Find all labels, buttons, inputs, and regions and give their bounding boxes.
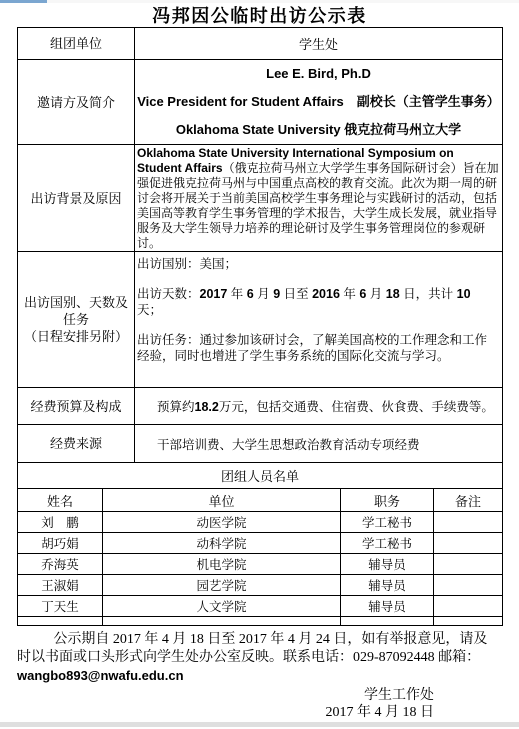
roster-title: 团组人员名单: [18, 463, 503, 489]
bottom-edge-strip: [0, 722, 519, 727]
budget-label: 经费预算及构成: [18, 388, 135, 425]
row-funding: 经费来源 干部培训费、大学生思想政治教育活动专项经费: [18, 425, 503, 463]
roster-header-name: 姓名: [18, 489, 103, 512]
member-duty: 辅导员: [341, 554, 434, 575]
contact-email: wangbo893@nwafu.edu.cn: [17, 667, 496, 684]
member-name: 乔海英: [18, 554, 103, 575]
funding-label: 经费来源: [18, 425, 135, 463]
member-unit: 人文学院: [103, 596, 341, 617]
trip-value: 出访国别：美国； 出访天数：2017 年 6 月 9 日至 2016 年 6 月…: [135, 252, 503, 388]
table-row: 刘 鹏 动医学院 学工秘书: [18, 512, 503, 533]
table-row: 胡巧娟 动科学院 学工秘书: [18, 533, 503, 554]
member-duty: 学工秘书: [341, 533, 434, 554]
signer-department: 学生工作处: [17, 687, 434, 704]
member-name: 王淑娟: [18, 575, 103, 596]
trip-label-line1: 出访国别、天数及: [18, 294, 134, 311]
member-note: [434, 596, 503, 617]
top-edge-strip: [0, 0, 519, 3]
member-name: 刘 鹏: [18, 512, 103, 533]
row-budget: 经费预算及构成 预算约18.2万元，包括交通费、住宿费、伙食费、手续费等。: [18, 388, 503, 425]
roster-header-note: 备注: [434, 489, 503, 512]
empty-row: [18, 617, 503, 626]
roster-table: 团组人员名单 姓名 单位 职务 备注 刘 鹏 动医学院 学工秘书 胡巧娟 动科学…: [17, 462, 503, 626]
background-label: 出访背景及原因: [18, 145, 135, 252]
member-note: [434, 533, 503, 554]
member-name: 胡巧娟: [18, 533, 103, 554]
member-unit: 动科学院: [103, 533, 341, 554]
member-unit: 动医学院: [103, 512, 341, 533]
funding-value: 干部培训费、大学生思想政治教育活动专项经费: [135, 425, 503, 463]
roster-header-row: 姓名 单位 职务 备注: [18, 489, 503, 512]
publicity-notice-text: 公示期自 2017 年 4 月 18 日至 2017 年 4 月 24 日，如有…: [17, 631, 496, 667]
trip-label: 出访国别、天数及 任务 （日程安排另附）: [18, 252, 135, 388]
member-note: [434, 512, 503, 533]
loading-bar-fragment: [0, 0, 47, 3]
signature-block: 学生工作处 2017 年 4 月 18 日: [17, 687, 496, 721]
group-unit-value: 学生处: [135, 28, 503, 60]
row-trip: 出访国别、天数及 任务 （日程安排另附） 出访国别：美国； 出访天数：2017 …: [18, 252, 503, 388]
member-note: [434, 575, 503, 596]
member-duty: 辅导员: [341, 596, 434, 617]
background-value: Oklahoma State University International …: [135, 145, 503, 252]
member-duty: 辅导员: [341, 575, 434, 596]
budget-value: 预算约18.2万元，包括交通费、住宿费、伙食费、手续费等。: [135, 388, 503, 425]
member-unit: 机电学院: [103, 554, 341, 575]
inviter-position: Vice President for Student Affairs 副校长（主…: [135, 88, 502, 116]
row-inviter: 邀请方及简介 Lee E. Bird, Ph.D Vice President …: [18, 60, 503, 145]
roster-header-duty: 职务: [341, 489, 434, 512]
info-table: 组团单位 学生处 邀请方及简介 Lee E. Bird, Ph.D Vice P…: [17, 27, 503, 463]
row-group-unit: 组团单位 学生处: [18, 28, 503, 60]
table-row: 王淑娟 园艺学院 辅导员: [18, 575, 503, 596]
group-unit-label: 组团单位: [18, 28, 135, 60]
table-row: 乔海英 机电学院 辅导员: [18, 554, 503, 575]
row-background: 出访背景及原因 Oklahoma State University Intern…: [18, 145, 503, 252]
trip-country: 出访国别：美国；: [137, 256, 498, 272]
roster-header-unit: 单位: [103, 489, 341, 512]
roster-title-row: 团组人员名单: [18, 463, 503, 489]
member-duty: 学工秘书: [341, 512, 434, 533]
inviter-value: Lee E. Bird, Ph.D Vice President for Stu…: [135, 60, 503, 145]
member-name: 丁天生: [18, 596, 103, 617]
inviter-university: Oklahoma State University 俄克拉荷马州立大学: [135, 116, 502, 144]
table-row: 丁天生 人文学院 辅导员: [18, 596, 503, 617]
member-note: [434, 554, 503, 575]
trip-task: 出访任务：通过参加该研讨会，了解美国高校的工作理念和工作经验，同时也增进了学生事…: [137, 332, 498, 364]
trip-days: 出访天数：2017 年 6 月 9 日至 2016 年 6 月 18 日，共计 …: [137, 286, 498, 318]
footer-notice-block: 公示期自 2017 年 4 月 18 日至 2017 年 4 月 24 日，如有…: [17, 631, 496, 721]
page-title: 冯邦因公临时出访公示表: [0, 6, 519, 27]
signature-date: 2017 年 4 月 18 日: [17, 704, 434, 721]
trip-label-line3: （日程安排另附）: [18, 328, 134, 345]
trip-label-line2: 任务: [18, 311, 134, 328]
inviter-label: 邀请方及简介: [18, 60, 135, 145]
inviter-name: Lee E. Bird, Ph.D: [135, 60, 502, 88]
member-unit: 园艺学院: [103, 575, 341, 596]
